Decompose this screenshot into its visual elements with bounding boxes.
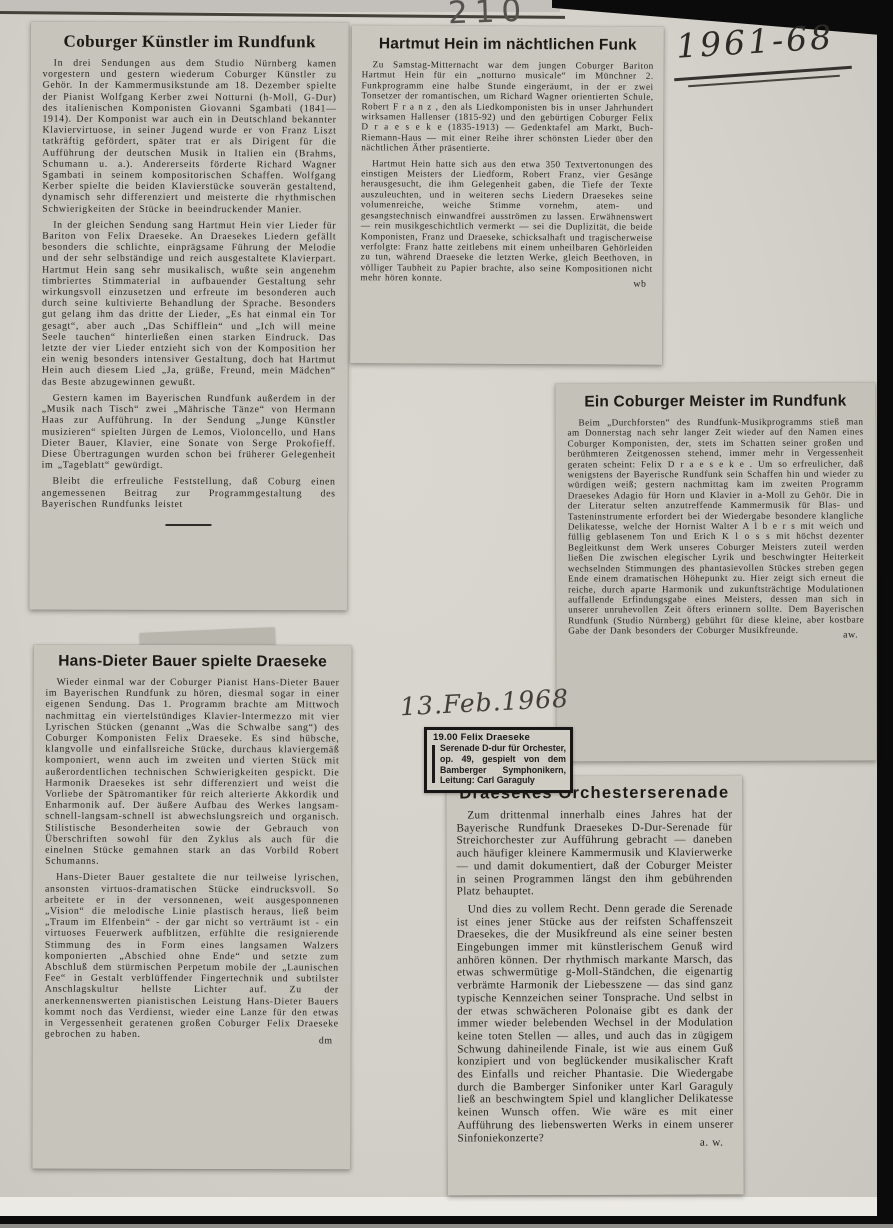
clipping-paragraph: Hans-Dieter Bauer gestaltete die nur tei…: [45, 872, 339, 1041]
clipping-title: Hartmut Hein im nächtlichen Funk: [362, 35, 654, 55]
listing-time: 19.00: [433, 732, 458, 743]
radio-programme-listing: 19.00 Felix Draeseke Serenade D-dur für …: [424, 727, 573, 793]
clipping-paragraph: Wieder einmal war der Coburger Pianist H…: [45, 677, 339, 868]
scanned-scrapbook-page: { "annotations": { "page_number": "210",…: [0, 0, 893, 1228]
clipping-paragraph: Zum drittenmal innerhalb eines Jahres ha…: [456, 809, 732, 899]
scan-border-bottom: [0, 1216, 893, 1224]
clipping-paragraph: Gestern kamen im Bayerischen Rundfunk au…: [42, 393, 336, 472]
listing-details: Serenade D-dur für Orchester, op. 49, ge…: [440, 743, 566, 786]
clipping-paragraph: Bleibt die erfreuliche Feststellung, daß…: [41, 476, 335, 510]
scan-border-right: [877, 0, 893, 1228]
listing-margin-mark: [432, 745, 435, 783]
page-bottom-edge: [0, 1197, 877, 1216]
scan-border-bottom-shade: [0, 1224, 893, 1228]
clipping-paragraph: Beim „Durchforsten“ des Rundfunk-Musikpr…: [567, 416, 864, 636]
clipping-coburger-meister: Ein Coburger Meister im Rundfunk Beim „D…: [555, 382, 876, 761]
clipping-paragraph: Hartmut Hein hatte sich aus den etwa 350…: [361, 158, 654, 284]
clipping-title: Ein Coburger Meister im Rundfunk: [567, 392, 863, 411]
listing-time-and-composer: 19.00 Felix Draeseke: [433, 732, 566, 743]
handwritten-page-number: 210: [447, 0, 528, 31]
divider-rule: [165, 524, 211, 526]
listing-composer: Felix Draeseke: [461, 732, 530, 743]
clipping-hans-dieter-bauer: Hans-Dieter Bauer spielte Draeseke Wiede…: [32, 645, 351, 1170]
clipping-paragraph: In der gleichen Sendung sang Hartmut Hei…: [42, 219, 336, 388]
clipping-title: Coburger Künstler im Rundfunk: [43, 32, 337, 53]
clipping-paragraph: In drei Sendungen aus dem Studio Nürnber…: [42, 58, 336, 216]
clipping-paragraph: Zu Samstag-Mitternacht war dem jungen Co…: [361, 59, 653, 154]
clipping-hartmut-hein: Hartmut Hein im nächtlichen Funk Zu Sams…: [350, 25, 664, 365]
clipping-coburger-kuenstler: Coburger Künstler im Rundfunk In drei Se…: [29, 22, 349, 611]
clipping-paragraph: Und dies zu vollem Recht. Denn gerade di…: [457, 902, 734, 1144]
clipping-title: Hans-Dieter Bauer spielte Draeseke: [46, 653, 340, 672]
clipping-orchesterserenade: Draesekes Orchesterserenade Zum drittenm…: [446, 775, 743, 1195]
